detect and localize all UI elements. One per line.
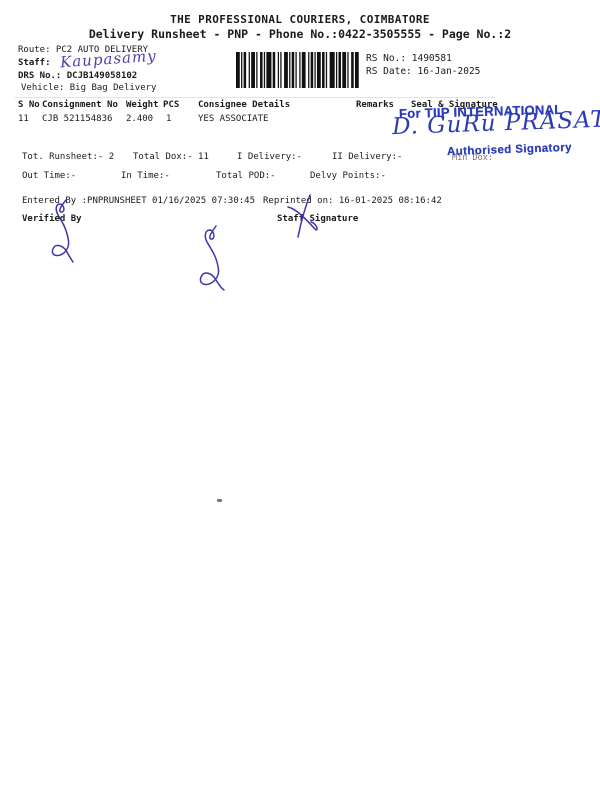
staff-signature-mark bbox=[286, 193, 322, 239]
delivery-runsheet-document: THE PROFESSIONAL COURIERS, COIMBATORE De… bbox=[0, 0, 600, 800]
out-time: Out Time:- bbox=[22, 171, 76, 181]
table-row-weight: 2.400 bbox=[126, 114, 153, 124]
ii-delivery: II Delivery:- bbox=[332, 152, 402, 162]
scan-artifact-speck bbox=[217, 499, 222, 502]
table-row-consignment: CJB 521154836 bbox=[42, 114, 112, 124]
drs-number: DRS No.: DCJB149058102 bbox=[18, 71, 137, 81]
delvy-points: Delvy Points:- bbox=[310, 171, 386, 181]
in-time: In Time:- bbox=[121, 171, 170, 181]
stamp-authorised-signatory: Authorised Signatory bbox=[447, 142, 572, 158]
col-header-sno: S No bbox=[18, 100, 40, 110]
table-row-sno: 11 bbox=[18, 114, 29, 124]
total-runsheet: Tot. Runsheet:- 2 bbox=[22, 152, 114, 162]
verified-by-signature bbox=[38, 198, 82, 270]
col-header-weight: Weight bbox=[126, 100, 159, 110]
center-signature bbox=[186, 224, 234, 294]
barcode-image bbox=[236, 52, 360, 88]
col-header-remarks: Remarks bbox=[356, 100, 394, 110]
company-title: THE PROFESSIONAL COURIERS, COIMBATORE bbox=[0, 13, 600, 26]
table-row-pcs: 1 bbox=[166, 114, 171, 124]
col-header-pcs: PCS bbox=[163, 100, 179, 110]
vehicle-info: Vehicle: Big Bag Delivery bbox=[21, 83, 156, 93]
i-delivery: I Delivery:- bbox=[237, 152, 302, 162]
table-row-consignee: YES ASSOCIATE bbox=[198, 114, 268, 124]
col-header-consignee: Consignee Details bbox=[198, 100, 290, 110]
staff-label: Staff: bbox=[18, 58, 51, 68]
table-top-rule bbox=[14, 97, 496, 98]
rs-date: RS Date: 16-Jan-2025 bbox=[366, 66, 480, 77]
col-header-consignment: Consignment No bbox=[42, 100, 118, 110]
barcode-bars bbox=[236, 52, 360, 88]
total-dox: Total Dox:- 11 bbox=[133, 152, 209, 162]
document-subtitle: Delivery Runsheet - PNP - Phone No.:0422… bbox=[0, 27, 600, 41]
total-pod: Total POD:- bbox=[216, 171, 276, 181]
rs-number: RS No.: 1490581 bbox=[366, 53, 452, 64]
